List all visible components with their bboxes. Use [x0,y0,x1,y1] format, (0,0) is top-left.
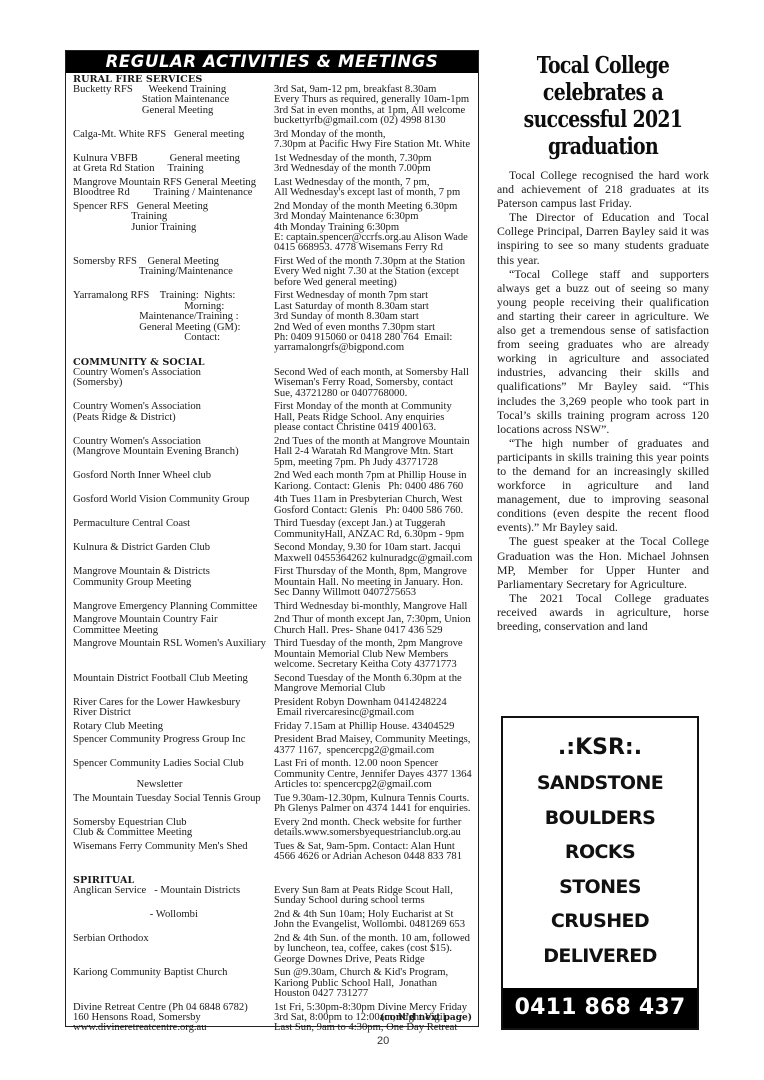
listing-name: Yarramalong RFS Training: Nights: Mornin… [73,291,274,353]
listing-row: - Wollombi2nd & 4th Sun 10am; Holy Eucha… [73,910,473,931]
listing-details: 2nd & 4th Sun. of the month. 10 am, foll… [274,934,473,965]
listing-row: Country Women's Association (Mangrove Mo… [73,437,473,468]
listing-details: Last Wednesday of the month, 7 pm, All W… [274,178,473,199]
listing-name: Wisemans Ferry Community Men's Shed [73,842,274,863]
listing-name: Country Women's Association (Somersby) [73,368,274,399]
listing-details: First Monday of the month at Community H… [274,402,473,433]
listing-row: Permaculture Central CoastThird Tuesday … [73,519,473,540]
listing-details: Third Tuesday (except Jan.) at Tuggerah … [274,519,473,540]
listing-row: Rotary Club MeetingFriday 7.15am at Phil… [73,722,473,732]
listing-details: President Robyn Downham 0414248224 Email… [274,698,473,719]
listing-row: Somersby RFS General Meeting Training/Ma… [73,257,473,288]
listing-row: River Cares for the Lower Hawkesbury Riv… [73,698,473,719]
listing-details: First Thursday of the Month, 8pm, Mangro… [274,567,473,598]
listing-name: Kariong Community Baptist Church [73,968,274,999]
listing-details: 2nd Thur of month except Jan, 7:30pm, Un… [274,615,473,636]
listing-name: Mountain District Football Club Meeting [73,674,274,695]
article-paragraph: The guest speaker at the Tocal College G… [497,534,709,590]
newspaper-page: REGULAR ACTIVITIES & MEETINGS RURAL FIRE… [0,0,764,1080]
listing-name: Serbian Orthodox [73,934,274,965]
listing-details: 2nd Wed each month 7pm at Phillip House … [274,471,473,492]
listing-details: 3rd Monday of the month, 7.30pm at Pacif… [274,130,473,151]
listing-details: 2nd & 4th Sun 10am; Holy Eucharist at St… [274,910,473,931]
article-paragraph: “The high number of graduates and partic… [497,436,709,535]
listing-row: Wisemans Ferry Community Men's ShedTues … [73,842,473,863]
listing-name: Mangrove Mountain RFS General Meeting Bl… [73,178,274,199]
listing-name: Permaculture Central Coast [73,519,274,540]
article-body: Tocal College recognised the hard work a… [497,168,709,633]
listing-details: Friday 7.15am at Phillip House. 43404529 [274,722,473,732]
listing-details: 1st Wednesday of the month, 7.30pm 3rd W… [274,154,473,175]
listing-details: Third Tuesday of the month, 2pm Mangrove… [274,639,473,670]
listing-row: Serbian Orthodox2nd & 4th Sun. of the mo… [73,934,473,965]
listing-name: Gosford North Inner Wheel club [73,471,274,492]
listing-name: Spencer RFS General Meeting Training Jun… [73,202,274,254]
regular-activities-box: REGULAR ACTIVITIES & MEETINGS RURAL FIRE… [65,50,479,1027]
listing-details: 4th Tues 11am in Presbyterian Church, We… [274,495,473,516]
listing-row: Kulnura & District Garden ClubSecond Mon… [73,543,473,564]
listing-row: Anglican Service - Mountain DistrictsEve… [73,886,473,907]
article-headline: Tocal College celebrates a successful 20… [516,52,690,160]
ksr-advertisement: .:KSR:. SANDSTONE BOULDERS ROCKS STONES … [501,716,699,1030]
activities-title: REGULAR ACTIVITIES & MEETINGS [66,51,478,73]
listing-details: Second Wed of each month, at Somersby Ha… [274,368,473,399]
news-article: Tocal College celebrates a successful 20… [497,52,709,633]
listing-name: Kulnura VBFB General meeting at Greta Rd… [73,154,274,175]
listing-row: Mangrove Mountain Country Fair Committee… [73,615,473,636]
listing-name: The Mountain Tuesday Social Tennis Group [73,794,274,815]
listing-name: Country Women's Association (Mangrove Mo… [73,437,274,468]
listing-name: Somersby Equestrian Club Club & Committe… [73,818,274,839]
listing-row: Mangrove Mountain & Districts Community … [73,567,473,598]
listing-row: Kulnura VBFB General meeting at Greta Rd… [73,154,473,175]
listing-name: Spencer Community Progress Group Inc [73,735,274,756]
listing-name: Country Women's Association (Peats Ridge… [73,402,274,433]
listing-row: Yarramalong RFS Training: Nights: Mornin… [73,291,473,353]
listing-row: Spencer RFS General Meeting Training Jun… [73,202,473,254]
listing-details: First Wed of the month 7.30pm at the Sta… [274,257,473,288]
listing-name: Rotary Club Meeting [73,722,274,732]
ad-content: .:KSR:. SANDSTONE BOULDERS ROCKS STONES … [503,718,697,988]
listing-details: Sun @9.30am, Church & Kid's Program, Kar… [274,968,473,999]
listing-details: Third Wednesday bi-monthly, Mangrove Hal… [274,602,473,612]
listing-row: Mountain District Football Club MeetingS… [73,674,473,695]
ad-line: SANDSTONE [537,766,663,801]
listing-row: Mangrove Mountain RFS General Meeting Bl… [73,178,473,199]
listing-details: Second Tuesday of the Month 6.30pm at th… [274,674,473,695]
listing-row: The Mountain Tuesday Social Tennis Group… [73,794,473,815]
listing-details: Tue 9.30am-12.30pm, Kulnura Tennis Court… [274,794,473,815]
listing-row: Gosford World Vision Community Group4th … [73,495,473,516]
listing-name: Mangrove Emergency Planning Committee [73,602,274,612]
listing-name: Mangrove Mountain & Districts Community … [73,567,274,598]
ad-line: BOULDERS [545,801,655,836]
listing-row: Mangrove Mountain RSL Women's AuxiliaryT… [73,639,473,670]
ad-line: STONES [559,870,641,905]
page-number: 20 [377,1035,389,1047]
listing-name: Anglican Service - Mountain Districts [73,886,274,907]
article-paragraph: The 2021 Tocal College graduates receive… [497,591,709,633]
ad-phone-number: 0411 868 437 [503,988,697,1028]
ad-line: CRUSHED [551,904,649,939]
listing-name: Spencer Community Ladies Social Club New… [73,759,274,790]
listing-row: Country Women's Association (Peats Ridge… [73,402,473,433]
listing-name: - Wollombi [73,910,274,931]
listing-details: Second Monday, 9.30 for 10am start. Jacq… [274,543,473,564]
listing-details: 3rd Sat, 9am-12 pm, breakfast 8.30am Eve… [274,85,473,127]
listing-details: Last Fri of month. 12.00 noon Spencer Co… [274,759,473,790]
ad-line: DELIVERED [543,939,657,974]
continued-note: (cont'd next page) [380,1013,472,1023]
listing-name: Mangrove Mountain Country Fair Committee… [73,615,274,636]
listing-name: Somersby RFS General Meeting Training/Ma… [73,257,274,288]
listing-row: Country Women's Association (Somersby)Se… [73,368,473,399]
listing-name: River Cares for the Lower Hawkesbury Riv… [73,698,274,719]
listing-row: Somersby Equestrian Club Club & Committe… [73,818,473,839]
listing-name: Divine Retreat Centre (Ph 04 6848 6782) … [73,1003,274,1034]
listing-name: Bucketty RFS Weekend Training Station Ma… [73,85,274,127]
listing-details: Tues & Sat, 9am-5pm. Contact: Alan Hunt … [274,842,473,863]
listing-details: First Wednesday of month 7pm start Last … [274,291,473,353]
listing-row: Gosford North Inner Wheel club2nd Wed ea… [73,471,473,492]
listing-details: 2nd Monday of the month Meeting 6.30pm 3… [274,202,473,254]
listing-details: Every Sun 8am at Peats Ridge Scout Hall,… [274,886,473,907]
listing-details: Every 2nd month. Check website for furth… [274,818,473,839]
listing-name: Calga-Mt. White RFS General meeting [73,130,274,151]
listing-details: President Brad Maisey, Community Meeting… [274,735,473,756]
listing-row: Spencer Community Ladies Social Club New… [73,759,473,790]
listing-name: Mangrove Mountain RSL Women's Auxiliary [73,639,274,670]
listing-row: Calga-Mt. White RFS General meeting3rd M… [73,130,473,151]
listing-name: Gosford World Vision Community Group [73,495,274,516]
article-paragraph: The Director of Education and Tocal Coll… [497,210,709,266]
listing-row: Kariong Community Baptist ChurchSun @9.3… [73,968,473,999]
listing-details: 2nd Tues of the month at Mangrove Mounta… [274,437,473,468]
ad-logo: .:KSR:. [558,732,642,764]
activities-body: RURAL FIRE SERVICES Bucketty RFS Weekend… [66,74,478,1034]
article-paragraph: Tocal College recognised the hard work a… [497,168,709,210]
listing-name: Kulnura & District Garden Club [73,543,274,564]
listing-row: Spencer Community Progress Group IncPres… [73,735,473,756]
ad-line: ROCKS [565,835,635,870]
listing-row: Mangrove Emergency Planning CommitteeThi… [73,602,473,612]
article-paragraph: “Tocal College staff and supporters alwa… [497,267,709,436]
listing-row: Bucketty RFS Weekend Training Station Ma… [73,85,473,127]
